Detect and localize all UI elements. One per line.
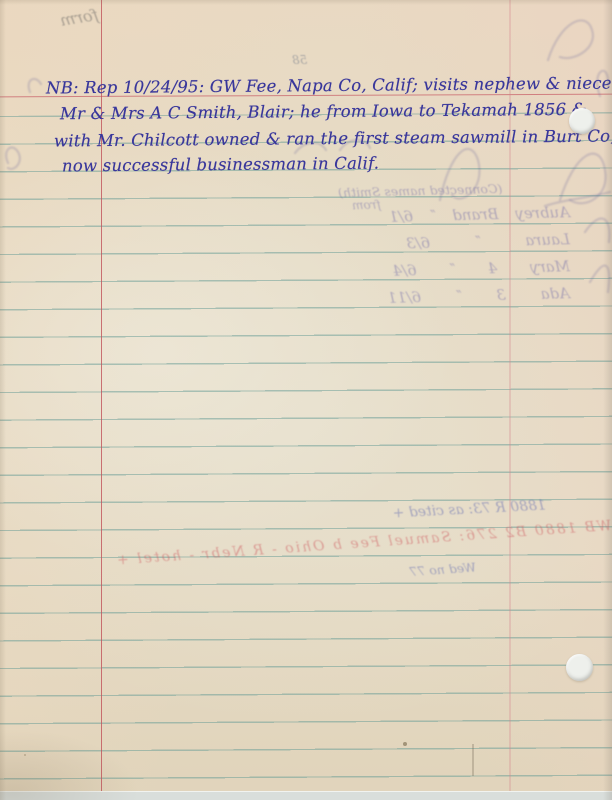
dust-speck (403, 742, 407, 746)
handwritten-line-4: now successful businessman in Calif. (62, 154, 379, 176)
punch-hole-top (569, 108, 595, 134)
punch-hole-bottom (566, 654, 593, 681)
bleed-page-number: 58 (292, 53, 307, 67)
scribble-left-top (29, 79, 41, 92)
dust-speck (24, 754, 26, 756)
scribble-top-right (548, 20, 593, 60)
scratch-mark (472, 744, 474, 776)
bleed-pencil-note: form (59, 5, 100, 30)
scanned-notebook-page: NB: Rep 10/24/95: GW Fee, Napa Co, Calif… (0, 0, 612, 800)
scan-edge-strip (0, 791, 612, 800)
